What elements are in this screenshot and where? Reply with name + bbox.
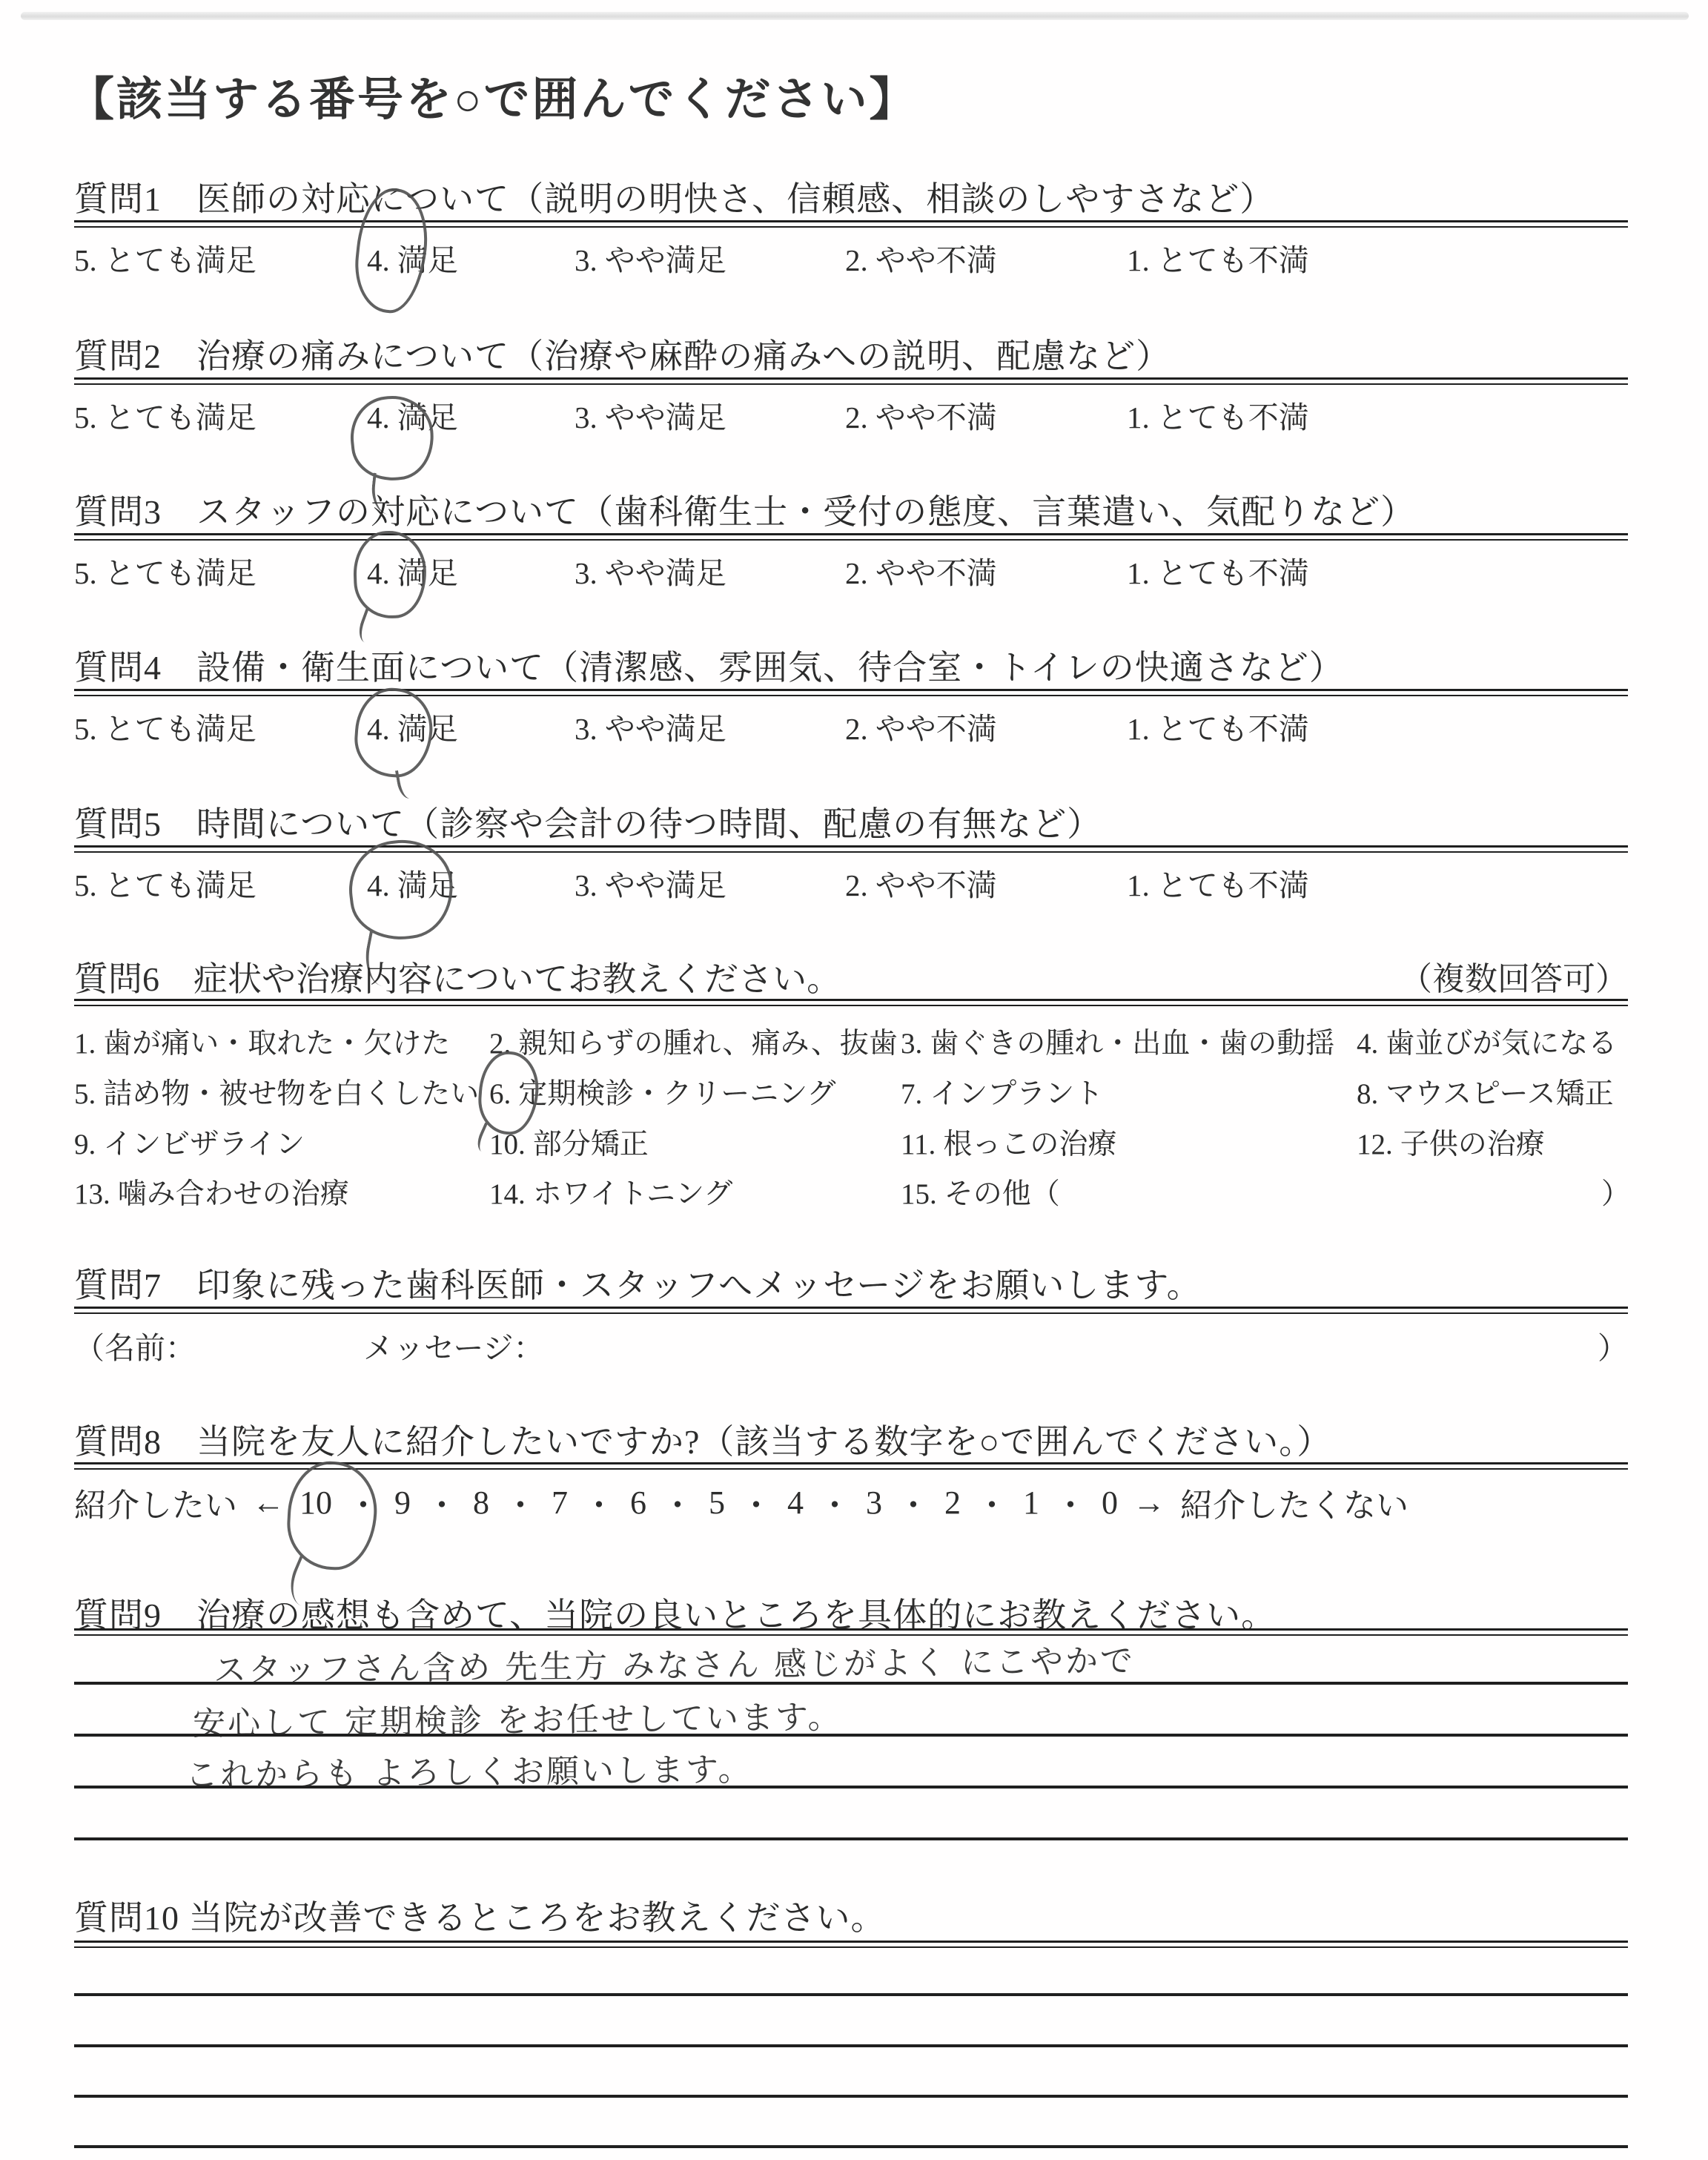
option-number: 13. [74,1178,110,1210]
option-label: やや満足 [605,868,726,902]
option-label: 詰め物・被せ物を白くしたい [103,1078,479,1110]
option-label: とても不満 [1157,868,1309,902]
option-label: やや不満 [875,868,997,902]
option-label: インビザライン [103,1129,305,1160]
q6-option-2: 2.親知らずの腫れ、痛み、抜歯 [489,1020,898,1062]
option-label: とても不満 [1157,400,1309,435]
q3-options-row: 5.とても満足 4.満足 3.やや満足 2.やや不満 1.とても不満 [74,549,1628,595]
q6-underline [74,999,1628,1006]
q4-option-4: 4.満足 [367,704,458,748]
q8-underline [74,1462,1628,1470]
scanned-survey-form: 【該当する番号を○で囲んでください】 質問1 医師の対応について（説明の明快さ、… [0,0,1708,2160]
option-label: 部分矯正 [533,1129,649,1160]
q8-number-1: 1 [1023,1484,1039,1522]
q6-option-7: 7.インプラント [901,1071,1103,1112]
option-number: 3. [575,400,598,435]
option-number: 5. [74,868,97,902]
q2-underline [74,377,1628,385]
option-label: やや不満 [875,243,997,277]
option-number: 15. [901,1178,937,1210]
option-label: やや満足 [605,712,726,746]
q10-ruled-line-3 [74,2095,1628,2098]
option-label: やや不満 [875,400,997,435]
q7-close-paren: ） [1598,1324,1628,1367]
option-number: 4. [367,712,390,746]
q3-option-2: 2.やや不満 [845,549,997,592]
q4-options-row: 5.とても満足 4.満足 3.やや満足 2.やや不満 1.とても不満 [74,704,1628,750]
q1-option-4: 4.満足 [367,236,458,280]
q9-ruled-line-1 [74,1682,1628,1685]
q7-underline [74,1307,1628,1314]
dot-separator: ・ [426,1479,458,1526]
q8-number-7: 7 [552,1484,568,1522]
dot-separator: ・ [818,1479,851,1526]
q8-scale-row: 紹介したい ← 10 ・ 9 ・ 8 ・ 7 ・ 6 ・ 5 ・ 4 ・ 3 ・… [74,1479,1628,1525]
option-number: 4. [367,400,390,435]
q2-option-4: 4.満足 [367,393,458,437]
option-label: ホワイトニング [533,1178,733,1210]
q3-option-5: 5.とても満足 [74,549,256,592]
q8-number-2: 2 [944,1484,961,1522]
q6-options-row-1: 1.歯が痛い・取れた・欠けた 2.親知らずの腫れ、痛み、抜歯 3.歯ぐきの腫れ・… [74,1020,1628,1066]
dot-separator: ・ [976,1479,1008,1526]
q9-ruled-line-2 [74,1734,1628,1737]
option-label: その他（ [944,1178,1060,1210]
q6-option-5: 5.詰め物・被せ物を白くしたい [74,1071,479,1112]
q10-heading: 質問10 当院が改善できるところをお教えください。 [74,1891,886,1940]
option-number: 7. [901,1078,922,1110]
option-label: 歯並びが気になる [1386,1028,1617,1060]
q7-message-label: メッセージ： [363,1324,544,1367]
q8-heading: 質問8 当院を友人に紹介したいですか?（該当する数字を○で囲んでください。） [74,1415,1331,1464]
q6-option-9: 9.インビザライン [74,1121,305,1163]
q10-ruled-line-4 [74,2145,1628,2148]
option-number: 5. [74,243,97,277]
q1-heading: 質問1 医師の対応について（説明の明快さ、信頼感、相談のしやすさなど） [74,172,1274,221]
option-number: 4. [367,868,390,902]
q10-underline [74,1941,1628,1948]
option-label: 根っこの治療 [943,1129,1116,1160]
q7-heading: 質問7 印象に残った歯科医師・スタッフへメッセージをお願いします。 [74,1258,1202,1307]
q4-heading: 質問4 設備・衛生面について（清潔感、雰囲気、待合室・トイレの快適さなど） [74,641,1344,690]
dot-separator: ・ [347,1479,380,1526]
option-number: 2. [845,243,868,277]
option-label: やや満足 [605,556,726,590]
q6-heading-row: 質問6 症状や治療内容についてお教えください。 （複数回答可） [74,952,1628,997]
q3-option-3: 3.やや満足 [575,549,726,592]
option-number: 1. [1127,868,1150,902]
option-number: 3. [575,243,598,277]
form-title: 【該当する番号を○で囲んでください】 [68,62,917,128]
q10-ruled-line-2 [74,2044,1628,2047]
option-label: 満足 [397,400,458,435]
q8-number-3: 3 [866,1484,882,1522]
q6-option-3: 3.歯ぐきの腫れ・出血・歯の動揺 [901,1020,1334,1062]
option-number: 1. [1127,556,1150,590]
option-label: とても満足 [105,400,256,435]
option-label: とても満足 [105,712,256,746]
option-label: とても満足 [105,868,256,902]
q6-options-row-3: 9.インビザライン 10.部分矯正 11.根っこの治療 12.子供の治療 [74,1121,1628,1167]
option-number: 2. [489,1028,511,1060]
option-number: 5. [74,1078,96,1110]
option-label: とても満足 [105,243,256,277]
option-label: 子供の治療 [1400,1129,1545,1160]
q1-underline [74,220,1628,228]
dot-separator: ・ [583,1479,615,1526]
q6-option-11: 11.根っこの治療 [901,1121,1116,1163]
q2-option-5: 5.とても満足 [74,393,256,437]
scan-artifact-line [21,12,1689,20]
option-label: とても不満 [1157,556,1309,590]
option-label: とても不満 [1157,712,1309,746]
q2-option-2: 2.やや不満 [845,393,997,437]
option-label: 満足 [397,712,458,746]
option-label: インプラント [930,1078,1103,1110]
q6-option-15: 15.その他（ [901,1171,1060,1212]
option-number: 4. [367,243,390,277]
q4-option-3: 3.やや満足 [575,704,726,748]
option-number: 8. [1357,1078,1378,1110]
q6-option-12: 12.子供の治療 [1357,1121,1545,1163]
option-label: とても不満 [1157,243,1309,277]
option-number: 2. [845,712,868,746]
option-label: 満足 [397,556,458,590]
q6-note: （複数回答可） [1400,952,1628,1000]
left-arrow-icon: ← [252,1484,285,1522]
q5-options-row: 5.とても満足 4.満足 3.やや満足 2.やや不満 1.とても不満 [74,861,1628,907]
q6-option-8: 8.マウスピース矯正 [1357,1071,1614,1112]
q8-number-8: 8 [473,1484,489,1522]
q5-option-2: 2.やや不満 [845,861,997,905]
option-label: 歯ぐきの腫れ・出血・歯の動揺 [930,1028,1334,1060]
option-number: 9. [74,1129,96,1160]
dot-separator: ・ [740,1479,772,1526]
q4-option-2: 2.やや不満 [845,704,997,748]
q9-ruled-line-4 [74,1837,1628,1840]
option-number: 3. [575,868,598,902]
q5-option-5: 5.とても満足 [74,861,256,905]
q3-option-4: 4.満足 [367,549,458,592]
q6-option-6: 6.定期検診・クリーニング [489,1071,835,1112]
option-number: 12. [1357,1129,1393,1160]
option-label: やや満足 [605,400,726,435]
option-number: 3. [575,556,598,590]
option-label: とても満足 [105,556,256,590]
option-number: 1. [74,1028,96,1060]
option-label: 歯が痛い・取れた・欠けた [103,1028,450,1060]
q9-underline [74,1628,1628,1636]
q6-option-4: 4.歯並びが気になる [1357,1020,1617,1062]
q9-ruled-line-3 [74,1786,1628,1789]
option-number: 1. [1127,243,1150,277]
option-label: やや満足 [605,243,726,277]
option-number: 5. [74,712,97,746]
q3-underline [74,533,1628,541]
q6-option-13: 13.噛み合わせの治療 [74,1171,349,1212]
q6-heading: 質問6 症状や治療内容についてお教えください。 [74,952,841,1001]
option-number: 2. [845,400,868,435]
option-label: 親知らずの腫れ、痛み、抜歯 [518,1028,898,1060]
option-number: 4. [1357,1028,1378,1060]
option-number: 3. [575,712,598,746]
q6-other-close-paren: ） [1601,1171,1630,1212]
q1-option-1: 1.とても不満 [1127,236,1309,280]
q6-option-14: 14.ホワイトニング [489,1171,732,1212]
dot-separator: ・ [897,1479,930,1526]
q5-option-3: 3.やや満足 [575,861,726,905]
option-number: 5. [74,556,97,590]
q2-options-row: 5.とても満足 4.満足 3.やや満足 2.やや不満 1.とても不満 [74,393,1628,439]
right-arrow-icon: → [1133,1484,1165,1522]
q7-answer-row: （名前： メッセージ： ） [74,1324,1628,1370]
q6-options-row-2: 5.詰め物・被せ物を白くしたい 6.定期検診・クリーニング 7.インプラント 8… [74,1071,1628,1117]
q5-option-1: 1.とても不満 [1127,861,1309,905]
q6-option-1: 1.歯が痛い・取れた・欠けた [74,1020,450,1062]
q1-options-row: 5.とても満足 4.満足 3.やや満足 2.やや不満 1.とても不満 [74,236,1628,282]
q8-number-4: 4 [787,1484,804,1522]
q4-option-5: 5.とても満足 [74,704,256,748]
q8-number-9: 9 [394,1484,411,1522]
option-number: 14. [489,1178,526,1210]
q1-option-2: 2.やや不満 [845,236,997,280]
option-label: 噛み合わせの治療 [118,1178,349,1210]
q7-name-label: （名前： [74,1324,196,1367]
option-number: 2. [845,868,868,902]
q5-underline [74,845,1628,853]
q8-number-6: 6 [630,1484,646,1522]
dot-separator: ・ [1054,1479,1087,1526]
q2-option-1: 1.とても不満 [1127,393,1309,437]
option-label: 満足 [397,868,458,902]
option-label: 満足 [397,243,458,277]
q6-options-row-4: 13.噛み合わせの治療 14.ホワイトニング 15.その他（ ） [74,1171,1628,1217]
q5-heading: 質問5 時間について（診察や会計の待つ時間、配慮の有無など） [74,797,1102,846]
option-number: 1. [1127,712,1150,746]
q5-option-4: 4.満足 [367,861,458,905]
q1-option-5: 5.とても満足 [74,236,256,280]
q8-number-10: 10 [299,1484,332,1522]
option-number: 1. [1127,400,1150,435]
dot-separator: ・ [504,1479,537,1526]
q4-underline [74,689,1628,696]
q8-right-label: 紹介したくない [1180,1479,1409,1526]
option-number: 6. [489,1078,511,1110]
option-number: 11. [901,1129,936,1160]
option-label: やや不満 [875,556,997,590]
option-number: 3. [901,1028,922,1060]
q8-left-label: 紹介したい [74,1479,237,1526]
option-number: 2. [845,556,868,590]
q3-option-1: 1.とても不満 [1127,549,1309,592]
option-label: やや不満 [875,712,997,746]
option-number: 4. [367,556,390,590]
q2-option-3: 3.やや満足 [575,393,726,437]
q3-heading: 質問3 スタッフの対応について（歯科衛生士・受付の態度、言葉遣い、気配りなど） [74,485,1415,534]
option-number: 10. [489,1129,526,1160]
option-label: マウスピース矯正 [1386,1078,1613,1110]
dot-separator: ・ [661,1479,694,1526]
option-label: 定期検診・クリーニング [518,1078,835,1110]
q10-ruled-line-1 [74,1993,1628,1996]
q8-number-0: 0 [1102,1484,1118,1522]
option-number: 5. [74,400,97,435]
q4-option-1: 1.とても不満 [1127,704,1309,748]
q1-option-3: 3.やや満足 [575,236,726,280]
q2-heading: 質問2 治療の痛みについて（治療や麻酔の痛みへの説明、配慮など） [74,329,1171,378]
q6-option-10: 10.部分矯正 [489,1121,649,1163]
q8-number-5: 5 [709,1484,725,1522]
